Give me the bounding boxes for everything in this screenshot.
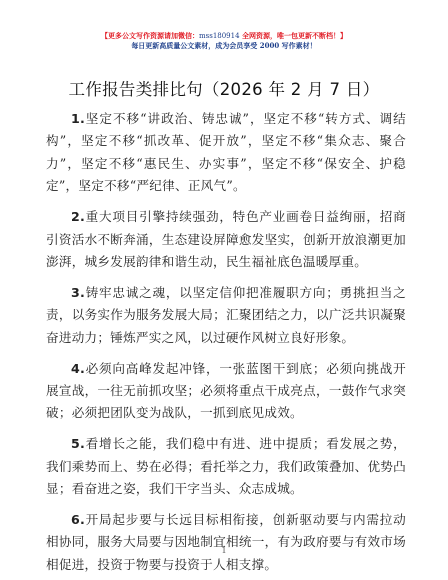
promo-banner: 【更多公文写作资源请加微信：mss180914 全网资源，唯一包更新不断档！】 … [0, 31, 448, 51]
document-title: 工作报告类排比句（2026 年 2 月 7 日） [0, 76, 448, 100]
paragraph-text: 看增长之能，我们稳中有进、进中提质；看发展之势，我们乘势而上、势在必得；看托举之… [46, 436, 406, 496]
document-page: 【更多公文写作资源请加微信：mss180914 全网资源，唯一包更新不断档！】 … [0, 0, 448, 580]
paragraph-number: 2. [71, 209, 85, 224]
paragraph-3: 3.铸牢忠诚之魂，以坚定信仰把准履职方向；勇挑担当之责，以务实作为服务发展大局；… [46, 282, 406, 349]
paragraph-number: 4. [71, 361, 85, 376]
promo-wechat-id: mss180914 [199, 32, 240, 40]
paragraph-text: 开局起步要与长远目标相衔接，创新驱动要与内需拉动相协同，服务大局要与因地制宜相统… [46, 512, 406, 572]
paragraph-number: 1. [71, 111, 85, 126]
paragraph-text: 重大项目引擎持续强劲，特色产业画卷日益绚丽，招商引资活水不断奔涌，生态建设屏障愈… [46, 209, 406, 269]
paragraph-number: 3. [71, 285, 85, 300]
promo-line-2: 每日更新高质量公文素材，成为会员享受 2000 写作素材！ [0, 41, 448, 51]
paragraph-4: 4.必须向高峰发起冲锋，一张蓝图干到底；必须向挑战开展宣战，一往无前抓攻坚；必须… [46, 358, 406, 425]
paragraph-number: 5. [71, 436, 85, 451]
paragraph-text: 铸牢忠诚之魂，以坚定信仰把准履职方向；勇挑担当之责，以务实作为服务发展大局；汇聚… [46, 285, 406, 345]
paragraph-text: 必须向高峰发起冲锋，一张蓝图干到底；必须向挑战开展宣战，一往无前抓攻坚；必须将重… [46, 361, 406, 421]
paragraph-5: 5.看增长之能，我们稳中有进、进中提质；看发展之势，我们乘势而上、势在必得；看托… [46, 433, 406, 500]
promo-suffix: 全网资源，唯一包更新不断档！】 [240, 31, 347, 40]
promo-line-1: 【更多公文写作资源请加微信：mss180914 全网资源，唯一包更新不断档！】 [0, 31, 448, 41]
page-number: 1 [0, 546, 448, 555]
paragraph-number: 6. [71, 512, 85, 527]
document-body: 1.坚定不移“讲政治、铸忠诚”，坚定不移“转方式、调结构”，坚定不移“抓改革、促… [46, 108, 406, 580]
paragraph-text: 坚定不移“讲政治、铸忠诚”，坚定不移“转方式、调结构”，坚定不移“抓改革、促开放… [46, 111, 406, 193]
paragraph-1: 1.坚定不移“讲政治、铸忠诚”，坚定不移“转方式、调结构”，坚定不移“抓改革、促… [46, 108, 406, 198]
paragraph-2: 2.重大项目引擎持续强劲，特色产业画卷日益绚丽，招商引资活水不断奔涌，生态建设屏… [46, 206, 406, 273]
promo-prefix: 【更多公文写作资源请加微信： [101, 31, 199, 40]
paragraph-6: 6.开局起步要与长远目标相衔接，创新驱动要与内需拉动相协同，服务大局要与因地制宜… [46, 509, 406, 576]
